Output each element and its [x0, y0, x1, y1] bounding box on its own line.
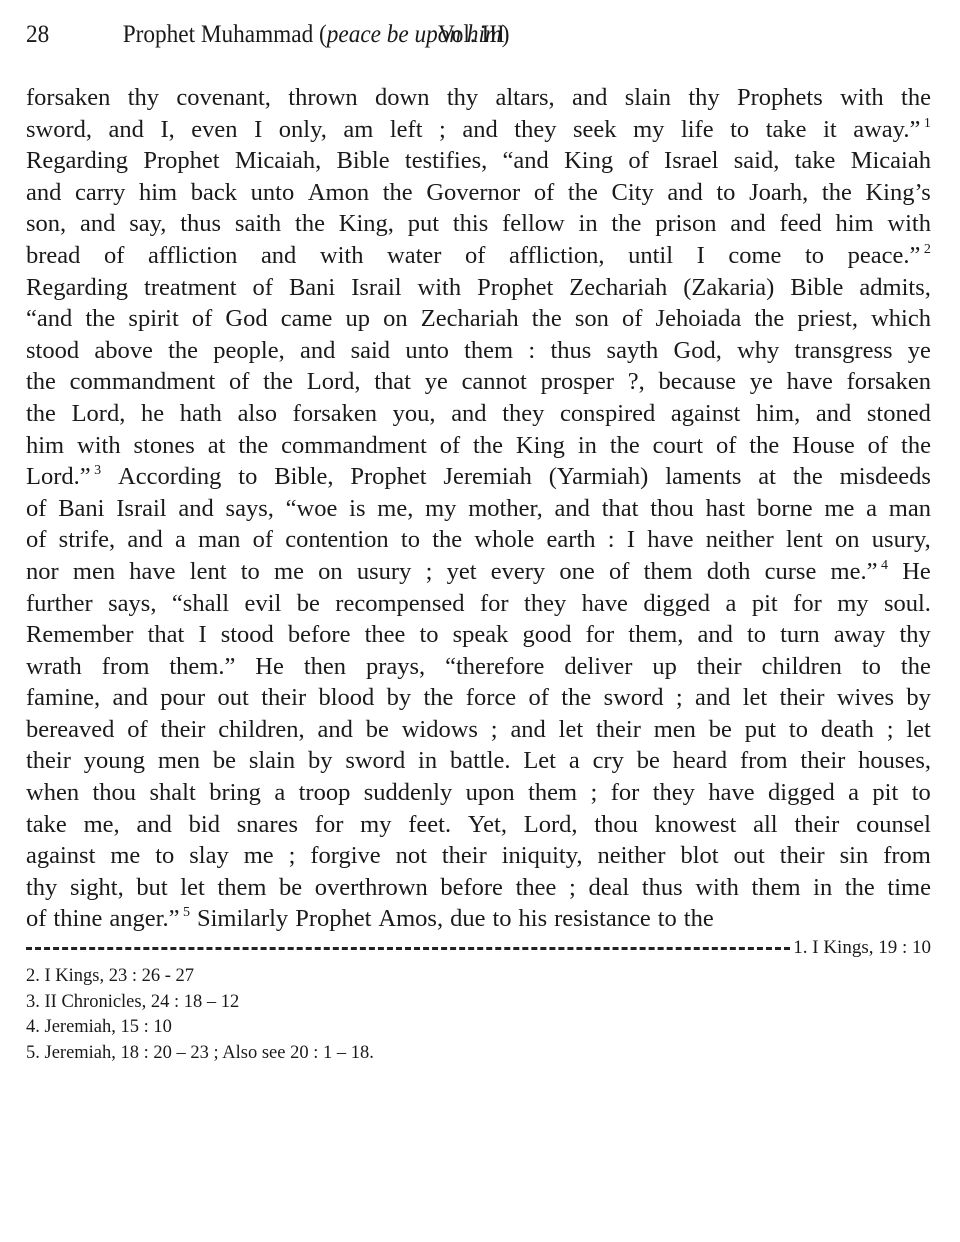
- word: force: [466, 682, 516, 714]
- word: let: [743, 682, 768, 714]
- word: people,: [213, 335, 284, 367]
- word: God: [225, 303, 267, 335]
- word: and: [462, 114, 497, 146]
- word: Bible: [790, 272, 843, 304]
- word: but: [136, 872, 167, 904]
- word: slain: [625, 82, 671, 114]
- word: that: [602, 493, 639, 525]
- word: stones: [134, 430, 195, 462]
- word: every: [491, 556, 545, 588]
- word: Bible: [337, 145, 390, 177]
- word: time: [887, 872, 931, 904]
- word: on: [383, 303, 408, 335]
- word: and: [572, 82, 607, 114]
- word: the: [532, 303, 562, 335]
- word: when: [26, 777, 79, 809]
- word: me,: [84, 809, 120, 841]
- word: shalt: [149, 777, 195, 809]
- word: to: [730, 114, 749, 146]
- word: thy: [128, 82, 159, 114]
- word: prosper: [541, 366, 614, 398]
- word: the: [238, 430, 268, 462]
- word: forgive: [310, 840, 380, 872]
- word: and: [26, 177, 61, 209]
- word: resistance: [554, 903, 651, 935]
- word: also: [238, 398, 277, 430]
- body-text: forsakenthycovenant,throwndownthyaltars,…: [26, 82, 931, 935]
- text-line: wrathfromthem.”Hethenprays,“thereforedel…: [26, 651, 931, 683]
- word: laments: [665, 461, 741, 493]
- word: and: [127, 524, 162, 556]
- text-line: theiryoungmenbeslainbyswordinbattle.Leta…: [26, 745, 931, 777]
- word: young: [84, 745, 145, 777]
- word: you,: [393, 398, 436, 430]
- word: to: [658, 903, 677, 935]
- word: for: [793, 588, 822, 620]
- word: ;: [439, 114, 446, 146]
- word: Bible,: [274, 461, 333, 493]
- dashed-rule: [26, 947, 790, 950]
- word: thy: [688, 82, 719, 114]
- word: they: [524, 588, 566, 620]
- word: son: [575, 303, 609, 335]
- word: man: [889, 493, 931, 525]
- word: one: [559, 556, 594, 588]
- word: “and: [26, 303, 72, 335]
- word: strife,: [59, 524, 115, 556]
- word: left: [390, 114, 423, 146]
- word: from: [740, 745, 788, 777]
- word: ye: [425, 366, 448, 398]
- text-line: andcarryhimbackuntoAmontheGovernoroftheC…: [26, 177, 931, 209]
- word: Bani: [289, 272, 335, 304]
- word: :: [528, 335, 535, 367]
- word: of: [868, 430, 888, 462]
- word: the: [754, 303, 784, 335]
- text-line: stoodabovethepeople,andsaiduntothem:thus…: [26, 335, 931, 367]
- word: a: [726, 588, 737, 620]
- word: then: [304, 651, 346, 683]
- word: a: [175, 524, 186, 556]
- word: I: [627, 524, 635, 556]
- word: Joarh,: [749, 177, 808, 209]
- word: of: [465, 240, 485, 272]
- footnote-marker: 3: [91, 463, 102, 478]
- word: He: [902, 556, 931, 588]
- word: them: [217, 872, 266, 904]
- word: ;: [426, 556, 433, 588]
- text-line: “andthespiritofGodcameuponZechariahtheso…: [26, 303, 931, 335]
- footnote-marker: 4: [877, 558, 888, 573]
- word: upon: [466, 777, 515, 809]
- word: be: [366, 714, 389, 746]
- word: take: [26, 809, 67, 841]
- word: the: [901, 651, 931, 683]
- word: thus: [550, 335, 591, 367]
- text-line: sword,andI,evenIonly,amleft;andtheyseekm…: [26, 114, 931, 146]
- word: good: [523, 619, 572, 651]
- word: be: [297, 588, 320, 620]
- word: of: [229, 366, 249, 398]
- word: Amon: [308, 177, 369, 209]
- word: to: [492, 903, 511, 935]
- word: lent: [786, 524, 823, 556]
- word: on: [318, 556, 343, 588]
- word: to: [419, 619, 438, 651]
- word: recompensed: [335, 588, 464, 620]
- word: their: [794, 809, 839, 841]
- word: said: [351, 335, 390, 367]
- word: the: [168, 335, 198, 367]
- word: their: [697, 651, 742, 683]
- word: lent: [190, 556, 227, 588]
- word: with: [320, 240, 364, 272]
- word: and: [695, 682, 730, 714]
- word: Israil: [351, 272, 401, 304]
- word: and: [730, 208, 765, 240]
- word: Similarly: [197, 903, 288, 935]
- word: their: [161, 714, 206, 746]
- word: blot: [680, 840, 718, 872]
- word: my: [633, 114, 664, 146]
- word: with: [418, 272, 462, 304]
- word: in: [418, 745, 437, 777]
- word: and: [451, 398, 486, 430]
- word: death: [821, 714, 874, 746]
- word: digged: [643, 588, 710, 620]
- word: let: [180, 872, 205, 904]
- text-line: takeme,andbidsnaresformyfeet.Yet,Lord,th…: [26, 809, 931, 841]
- word: thou: [594, 809, 638, 841]
- word: stood: [26, 335, 79, 367]
- word: have: [708, 777, 754, 809]
- word: “therefore: [445, 651, 544, 683]
- word: fellow: [502, 208, 565, 240]
- word: the: [85, 303, 115, 335]
- word: stood: [221, 619, 274, 651]
- word: and: [80, 208, 115, 240]
- word: affliction,: [509, 240, 604, 272]
- word: bid: [189, 809, 220, 841]
- word: put: [745, 714, 776, 746]
- word: says,: [108, 588, 156, 620]
- word: Jeremiah: [443, 461, 531, 493]
- word: to: [401, 524, 420, 556]
- word: up: [346, 303, 371, 335]
- word: their: [596, 714, 641, 746]
- word: to: [805, 240, 824, 272]
- word: the: [473, 430, 503, 462]
- word: counsel: [856, 809, 931, 841]
- word: and: [178, 493, 213, 525]
- word: above: [94, 335, 153, 367]
- word: “and: [503, 145, 549, 177]
- text-line: ofthineanger.” 5SimilarlyProphetAmos,due…: [26, 903, 931, 935]
- word: overthrown: [315, 872, 428, 904]
- word: men: [73, 556, 115, 588]
- word: Israil: [116, 493, 166, 525]
- word: them: [464, 335, 513, 367]
- word: in: [813, 872, 832, 904]
- word: “shall: [172, 588, 229, 620]
- word: King,: [339, 208, 394, 240]
- word: them,: [628, 619, 683, 651]
- footnote-marker: 5: [179, 905, 190, 920]
- word: seek: [573, 114, 617, 146]
- volume-label: Vol. III: [438, 18, 505, 52]
- word: stoned: [867, 398, 931, 430]
- text-line: furthersays,“shallevilberecompensedforth…: [26, 588, 931, 620]
- footnote-2: 2. I Kings, 23 : 26 - 27: [26, 964, 374, 990]
- word: their: [261, 682, 306, 714]
- word: him: [26, 430, 64, 462]
- word: and: [109, 114, 144, 146]
- word: man: [198, 524, 240, 556]
- word: of: [628, 145, 648, 177]
- word: Regarding: [26, 272, 128, 304]
- word: wives: [837, 682, 894, 714]
- word: out: [734, 840, 765, 872]
- word: against: [671, 398, 740, 430]
- word: their: [800, 745, 845, 777]
- word: him: [139, 177, 177, 209]
- word: me: [244, 840, 274, 872]
- word: Regarding: [26, 145, 128, 177]
- word: sayth: [607, 335, 659, 367]
- word: of: [253, 272, 273, 304]
- word: with: [77, 430, 121, 462]
- word: they: [514, 114, 556, 146]
- word: that: [148, 619, 185, 651]
- word: the: [26, 398, 56, 430]
- word: widows: [402, 714, 478, 746]
- word: sin: [840, 840, 869, 872]
- word: troop: [299, 777, 351, 809]
- word: ;: [676, 682, 683, 714]
- word: me: [824, 493, 854, 525]
- word: him: [835, 208, 873, 240]
- word: doth: [707, 556, 751, 588]
- word: to: [789, 714, 808, 746]
- word: thus: [180, 208, 221, 240]
- word: Governor: [426, 177, 520, 209]
- word: put: [408, 208, 439, 240]
- word: the: [901, 82, 931, 114]
- word: of: [253, 524, 273, 556]
- word: covenant,: [176, 82, 271, 114]
- footnote-4: 4. Jeremiah, 15 : 10: [26, 1015, 374, 1041]
- word: at: [208, 430, 226, 462]
- word: for: [480, 588, 509, 620]
- word: hast: [706, 493, 745, 525]
- word: priest,: [797, 303, 858, 335]
- word: me.” 4: [831, 556, 888, 588]
- word: anger.” 5: [109, 903, 190, 935]
- footnotes: 2. I Kings, 23 : 26 - 27 3. II Chronicle…: [26, 964, 374, 1066]
- word: House: [792, 430, 855, 462]
- word: Zechariah: [421, 303, 519, 335]
- word: a: [866, 493, 877, 525]
- word: and: [667, 177, 702, 209]
- word: ?,: [628, 366, 645, 398]
- word: famine,: [26, 682, 100, 714]
- word: of: [127, 714, 147, 746]
- word: Prophets: [737, 82, 823, 114]
- word: admits,: [859, 272, 930, 304]
- word: for: [315, 809, 344, 841]
- word: for: [586, 619, 615, 651]
- text-line: RememberthatIstoodbeforetheetospeakgoodf…: [26, 619, 931, 651]
- text-line: normenhavelenttomeonusury;yeteveryoneoft…: [26, 556, 931, 588]
- word: ;: [569, 872, 576, 904]
- word: turn: [780, 619, 819, 651]
- word: neither: [706, 524, 774, 556]
- word: and: [300, 335, 335, 367]
- word: them: [644, 556, 693, 588]
- word: digged: [768, 777, 835, 809]
- word: heard: [673, 745, 727, 777]
- word: commandment: [70, 366, 216, 398]
- word: unto: [251, 177, 295, 209]
- word: be: [279, 872, 302, 904]
- text-line: famine,andpourouttheirbloodbytheforceoft…: [26, 682, 931, 714]
- word: them: [528, 777, 577, 809]
- word: have: [647, 524, 693, 556]
- word: pit: [872, 777, 898, 809]
- word: out: [218, 682, 249, 714]
- word: a: [848, 777, 859, 809]
- word: altars,: [495, 82, 554, 114]
- word: back: [191, 177, 237, 209]
- word: saith: [235, 208, 281, 240]
- word: from: [102, 651, 150, 683]
- word: and: [318, 714, 353, 746]
- word: in: [579, 208, 598, 240]
- footnote-3: 3. II Chronicles, 24 : 18 – 12: [26, 990, 374, 1016]
- word: me: [274, 556, 304, 588]
- word: of: [192, 303, 212, 335]
- word: Prophet: [143, 145, 219, 177]
- word: Israel: [664, 145, 718, 177]
- word: nor: [26, 556, 59, 588]
- word: of: [528, 682, 548, 714]
- word: the: [432, 524, 462, 556]
- word: transgress: [795, 335, 893, 367]
- running-header: 28Prophet Muhammad (peace be upon him)Vo…: [26, 18, 870, 52]
- word: thrown: [288, 82, 357, 114]
- word: thine: [53, 903, 102, 935]
- word: suddenly: [364, 777, 452, 809]
- word: thee: [516, 872, 557, 904]
- text-line: RegardingtreatmentofBaniIsrailwithProphe…: [26, 272, 931, 304]
- word: a: [569, 745, 580, 777]
- word: treatment: [144, 272, 237, 304]
- text-line: thysight,butletthembeoverthrownbeforethe…: [26, 872, 931, 904]
- word: of: [716, 430, 736, 462]
- word: and: [555, 493, 590, 525]
- text-line: whenthoushaltbringatroopsuddenlyuponthem…: [26, 777, 931, 809]
- text-line: ofBaniIsrailandsays,“woeisme,mymother,an…: [26, 493, 931, 525]
- word: :: [608, 524, 615, 556]
- word: ;: [591, 777, 598, 809]
- word: them: [752, 872, 801, 904]
- word: Jehoiada: [656, 303, 742, 335]
- word: son,: [26, 208, 66, 240]
- word: prison: [655, 208, 716, 240]
- word: bereaved: [26, 714, 114, 746]
- word: the: [263, 366, 293, 398]
- word: Micaiah,: [235, 145, 321, 177]
- word: blood: [318, 682, 374, 714]
- word: on: [835, 524, 860, 556]
- word: of: [440, 430, 460, 462]
- word: in: [578, 430, 597, 462]
- word: of: [26, 524, 46, 556]
- word: I,: [160, 114, 174, 146]
- word: his: [519, 903, 548, 935]
- word: because: [659, 366, 737, 398]
- word: the: [295, 208, 325, 240]
- word: forsaken: [26, 82, 110, 114]
- text-line: theLord,hehathalsoforsakenyou,andtheycon…: [26, 398, 931, 430]
- word: their: [780, 682, 825, 714]
- word: I: [697, 240, 705, 272]
- word: the: [901, 430, 931, 462]
- word: their: [442, 840, 487, 872]
- word: be: [709, 714, 732, 746]
- word: misdeeds: [840, 461, 931, 493]
- footnote-separator: 1. I Kings, 19 : 10: [26, 935, 931, 961]
- word: testifies,: [405, 145, 487, 177]
- word: sword: [345, 745, 405, 777]
- word: whole: [474, 524, 534, 556]
- word: me,: [377, 493, 413, 525]
- word: Bani: [58, 493, 104, 525]
- word: of: [26, 493, 46, 525]
- text-line: forsakenthycovenant,throwndownthyaltars,…: [26, 82, 931, 114]
- word: (Zakaria): [683, 272, 774, 304]
- word: King: [564, 145, 613, 177]
- word: Prophet: [350, 461, 426, 493]
- word: the: [822, 177, 852, 209]
- text-line: breadofafflictionandwithwaterofafflictio…: [26, 240, 931, 272]
- word: away: [834, 619, 886, 651]
- word: before: [288, 619, 351, 651]
- word: wrath: [26, 651, 82, 683]
- word: yet: [447, 556, 477, 588]
- word: is: [349, 493, 365, 525]
- word: bring: [209, 777, 261, 809]
- word: the: [749, 430, 779, 462]
- word: with: [695, 872, 739, 904]
- word: by: [387, 682, 412, 714]
- footnote-marker: 2: [920, 242, 931, 257]
- word: they: [653, 777, 695, 809]
- word: cannot: [462, 366, 527, 398]
- word: earth: [547, 524, 596, 556]
- word: snares: [237, 809, 298, 841]
- word: spirit: [128, 303, 178, 335]
- word: sword,: [26, 114, 92, 146]
- word: by: [906, 682, 931, 714]
- text-line: son,andsay,thussaiththeKing,putthisfello…: [26, 208, 931, 240]
- word: to: [241, 556, 260, 588]
- word: slay: [189, 840, 228, 872]
- word: life: [681, 114, 714, 146]
- word: Zechariah: [569, 272, 667, 304]
- word: peace.” 2: [848, 240, 931, 272]
- word: said,: [734, 145, 780, 177]
